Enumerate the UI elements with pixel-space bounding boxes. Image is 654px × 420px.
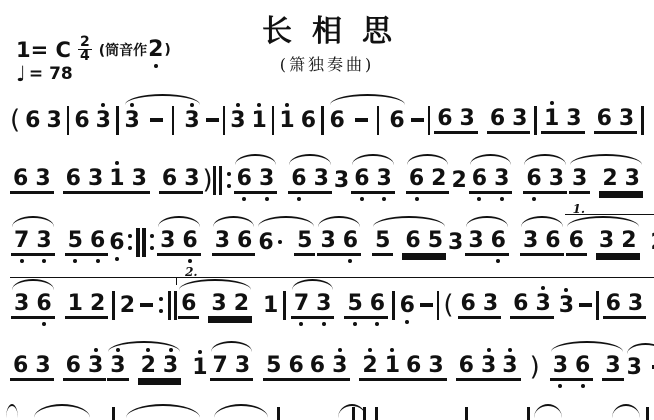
measure-group: 6322 [565,228,654,256]
note: 3 [214,228,231,253]
low-octave-dot [20,259,24,263]
note: 3 [258,166,275,191]
note: 3 [522,228,539,253]
slur-group: 3 [625,355,654,380]
measure-group: 1363 [106,166,202,194]
duration-dash [355,118,368,121]
note: 6 [108,230,125,255]
note: 2 [233,291,250,316]
low-octave-dot [42,259,46,263]
eighth-beam-group: 63 [456,353,500,381]
slur-group: 36 [10,291,56,319]
measure-group: 3231 [568,166,654,194]
eighth-beam-group: 63 [510,291,554,319]
note: 6 [300,108,317,133]
eighth-beam-group: 36 [157,228,201,256]
note: 3 [124,108,141,133]
note: 1 [384,353,401,378]
eighth-beam-group: 73 [11,228,55,256]
high-octave-dot [338,348,342,352]
repeat-start-sign [213,166,233,195]
low-octave-dot [299,322,303,326]
barline-fragment [352,407,355,420]
slur-group: 73 [10,228,56,256]
note: 3 [35,228,52,253]
low-octave-dot [96,259,100,263]
slur-group: 63 [287,166,333,194]
high-octave-dot [487,348,491,352]
measure-group: 36565 [316,228,447,256]
volta-bracket: 36122 [10,291,177,320]
slur-group: 65 [256,228,316,256]
note: 3 [626,355,643,380]
measure-group: 6362 [603,291,654,319]
barline-fragment [112,407,115,420]
measure-group: 3636 [464,228,564,256]
duration-dash [579,303,592,306]
high-octave-dot [550,101,554,105]
note: 3 [565,106,582,131]
eighth-beam-group: 63 [351,166,395,194]
note: 3 [109,353,126,378]
eighth-beam-group: 63 [603,291,647,319]
eighth-beam-group: 63 [159,166,203,194]
note: 3 [46,108,63,133]
slur-group: 632 [177,291,253,319]
sixteenth-beam-group: 23 [138,353,182,381]
note: 3 [447,230,464,255]
note: 5 [427,228,444,253]
low-octave-dot [477,197,481,201]
high-octave-dot [146,348,150,352]
high-octave-dot [116,348,120,352]
low-octave-dot [242,197,246,201]
note: 3 [229,108,246,133]
note: 6 [568,228,585,253]
barline [223,106,226,135]
note: 6 [309,353,326,378]
eighth-beam-group: 36 [465,228,509,256]
note: 3 [482,291,499,316]
eighth-beam-group: 36 [520,228,564,256]
note: 1 [251,108,268,133]
eighth-beam-group: 3 [499,353,520,381]
slur-group: 36 [519,228,565,256]
note: 3 [87,166,104,191]
note: 6 [544,228,561,253]
slur-group: 33 [123,106,202,135]
note: 3 [331,353,348,378]
eighth-beam-group: 36 [550,353,594,381]
measure-group: 7356 [10,228,108,256]
note: 3 [558,293,575,318]
jianpu-line-1: (63633331166663631363 [10,98,644,142]
sixteenth-beam-group: 65 [402,228,446,256]
barline [272,106,275,135]
note: 6 [73,108,90,133]
note: 3 [604,353,621,378]
note: 2 [450,168,467,193]
slur-group: 63 [468,166,514,194]
note: 6 [287,353,304,378]
thick-barline [219,166,223,195]
jianpu-line-4: 361222.632173566(6363363622 [10,283,644,327]
parenthesis: ( [443,292,453,319]
low-octave-dot [415,197,419,201]
eighth-beam-group: 13 [541,106,585,134]
slur-fragment [34,404,90,418]
jianpu-line-3: 7356636366536565336361.6322 [10,220,644,264]
measure-group: 6363 [458,291,554,319]
slur-group: 36 [464,228,510,256]
note: 3 [95,108,112,133]
note: 3 [87,353,104,378]
slur-group: 565 [371,228,447,256]
eighth-beam-group: 63 [63,353,107,381]
note: 3 [493,166,510,191]
fingering-instruction: (筒音作 2 ) [99,37,171,62]
high-octave-dot [101,103,105,107]
fingering-open-text: (筒音作 [99,40,147,60]
measure-group: 6363 [434,106,530,134]
thick-barline [213,166,217,195]
slur-fragment [612,404,640,418]
slur-fragment [214,404,268,418]
note: 3 [552,353,569,378]
barline [172,106,175,135]
note: 3 [618,106,635,131]
barline-fragment [465,407,468,420]
high-octave-dot [564,288,568,292]
note: 7 [212,353,229,378]
eighth-beam-group: 73 [210,353,254,381]
barline [116,106,119,135]
note: 6 [458,353,475,378]
measure-group: 6321 [177,291,279,319]
low-octave-dot [115,257,119,261]
measure-group: 1363 [541,106,637,134]
note: 6 [329,108,346,133]
low-octave-dot [405,320,409,324]
eighth-beam-group: 63 [487,106,531,134]
parenthesis: ) [530,354,540,381]
slur-group: 63 [233,166,279,194]
note: 6 [161,166,178,191]
measure-group: 6363 [10,353,106,381]
barline [321,106,324,135]
low-octave-dot [382,197,386,201]
barline [392,291,395,320]
low-octave-dot [42,322,46,326]
eighth-beam-group: 3 [107,353,128,381]
thick-barline [142,228,146,257]
barline [641,106,644,135]
eighth-beam-group: 12 [65,291,109,319]
note: 2 [430,166,447,191]
note: 3 [548,166,565,191]
note: 5 [346,291,363,316]
eighth-beam-group: 63 [307,353,351,381]
note: 3 [598,228,615,253]
eighth-beam-group: 63 [469,166,513,194]
measure-group: 6363 [233,166,333,194]
slur-fragment [126,404,200,418]
note: 6 [65,166,82,191]
sheet-music-page: 长相思 (箫独奏曲) 1= C 2 4 (筒音作 2 ) ♩ = 78 (636… [0,0,654,420]
high-octave-dot [190,103,194,107]
note: 6 [181,228,198,253]
note: 6 [388,108,405,133]
eighth-beam-group: 63 [434,106,478,134]
parenthesis: ) [203,167,213,194]
repeat-dots [227,172,231,188]
quarter-note-icon: ♩ [16,64,26,84]
high-octave-dot [508,348,512,352]
duration-dash [140,303,153,306]
low-octave-dot [353,322,357,326]
note: 3 [162,353,179,378]
duration-dash [420,303,433,306]
note: 3 [13,291,30,316]
low-octave-dot [322,322,326,326]
key-text: 1= C [16,38,71,62]
note: 6 [236,228,253,253]
note: 6 [369,291,386,316]
note: 5 [265,353,282,378]
slur-group: 363 [549,353,625,381]
tempo-marking: ♩ = 78 [16,64,73,84]
note: 5 [296,228,313,253]
note: 3 [313,166,330,191]
note: 6 [353,166,370,191]
low-octave-dot [496,259,500,263]
note: 3 [627,291,644,316]
eighth-beam-group: 36 [11,291,55,319]
note: 6 [596,106,613,131]
measure-group: 6321 [307,353,403,381]
note: 6 [404,228,421,253]
slur-group: 632 [565,228,641,256]
eighth-beam-group: 6 [566,228,587,256]
time-signature: 2 4 [78,36,92,63]
note: 3 [333,168,350,193]
low-octave-dot [265,197,269,201]
high-octave-dot [285,103,289,107]
barline-fragment [277,407,280,420]
note: 3 [427,353,444,378]
note: 6 [512,291,529,316]
repeat-dots [128,234,132,250]
note: 1 [278,108,295,133]
measure-group: 3)363 [499,353,624,381]
note: 6 [24,108,41,133]
low-octave-dot [375,322,379,326]
note: 3 [315,291,332,316]
note: 1 [108,166,125,191]
note: 6 [525,166,542,191]
eighth-beam-group: 6 [178,291,199,319]
barline [596,291,599,320]
dotted-note: 6 [257,230,285,255]
note: 6 [236,166,253,191]
high-octave-dot [169,348,173,352]
note: 6 [12,166,29,191]
fingering-close-text: ) [164,42,170,58]
low-octave-dot [532,197,536,201]
eighth-beam-group: 5 [294,228,315,256]
note: 3 [234,353,251,378]
note: 6 [436,106,453,131]
eighth-beam-group: 62 [406,166,450,194]
eighth-beam-group: 63 [63,166,107,194]
note: 6 [290,166,307,191]
measure-group: 3231 [106,353,208,381]
measure-group: 6363 [468,166,568,194]
note: 6 [605,291,622,316]
high-octave-dot [236,103,240,107]
eighth-beam-group: 3 [569,166,590,194]
repeat-dots [150,234,154,250]
note: 6 [489,106,506,131]
note: 2 [601,166,618,191]
high-octave-dot [368,348,372,352]
thick-barline [168,291,172,320]
eighth-beam-group: 56 [263,353,307,381]
barline-fragment [527,407,530,420]
note: 3 [183,166,200,191]
eighth-beam-group: 21 [359,353,403,381]
eighth-beam-group: 63 [458,291,502,319]
note: 6 [471,166,488,191]
high-octave-dot [541,286,545,290]
barline [377,106,380,135]
barline [428,106,431,135]
eighth-beam-group: 63 [523,166,567,194]
eighth-beam-group: 63 [234,166,278,194]
duration-dash [206,118,219,121]
eighth-beam-group: 5 [372,228,393,256]
slur-group: 73 [209,353,255,381]
volta-number: 2. [185,265,198,279]
sixteenth-beam-group: 32 [596,228,640,256]
note: 6 [12,353,29,378]
low-octave-dot [360,197,364,201]
repeat-end-sign [157,291,177,320]
note: 6 [65,353,82,378]
note: 3 [319,228,336,253]
repeat-dots [159,297,163,313]
eighth-beam-group: 63 [594,106,638,134]
note: 3 [376,166,393,191]
note: 3 [131,166,148,191]
note: 6 [89,228,106,253]
time-signature-denominator: 4 [80,50,90,63]
eighth-beam-group: 63 [288,166,332,194]
note: 1 [67,291,84,316]
note: 2 [650,230,654,255]
measure-group: 3612 [10,291,108,319]
slur-group: 36 [211,228,257,256]
measure-group: 7356 [209,353,307,381]
duration-dash [150,118,163,121]
eighth-beam-group: 3 [602,353,623,381]
low-octave-dot [297,197,301,201]
note: 7 [13,228,30,253]
fingering-note: 2 [147,37,164,62]
barline [534,106,537,135]
note: 3 [624,166,641,191]
note: 3 [467,228,484,253]
high-octave-dot [390,348,394,352]
slur-group: 36 [156,228,202,256]
augmentation-dot [278,240,283,245]
eighth-beam-group: 13 [106,166,150,194]
eighth-beam-group: 73 [291,291,335,319]
note: 6 [405,353,422,378]
duration-dash [411,118,424,121]
barline [67,106,70,135]
jianpu-line-5: 636332317356632163633)3633 [10,345,644,389]
slur-group: 323 [106,353,182,381]
eighth-beam-group: 36 [212,228,256,256]
slur-fragment [534,404,562,418]
low-octave-dot [73,259,77,263]
note: 6 [35,291,52,316]
note: 6 [408,166,425,191]
barline [283,291,286,320]
thick-barline [136,228,140,257]
clipped-next-line-fragment [0,398,654,420]
high-octave-dot [115,161,119,165]
note: 6 [399,293,416,318]
low-octave-dot [188,259,192,263]
slur-group: 63 [522,166,568,194]
note: 6 [342,228,359,253]
jianpu-line-2: 63631363)636336362263633231 [10,158,644,202]
note: 2 [620,228,637,253]
note: 6 [180,291,197,316]
barline [112,291,115,320]
low-octave-dot [500,197,504,201]
slur-fragment [6,404,18,418]
note: 3 [183,108,200,133]
volta-bracket: 2.632173566(6363363622 [177,291,654,320]
note: 3 [534,291,551,316]
note: 3 [159,228,176,253]
slur-group: 73 [290,291,336,319]
note: 6 [490,228,507,253]
note: 6 [460,291,477,316]
slur-group: 62 [405,166,451,194]
note: 3 [480,353,497,378]
note: 1 [191,355,208,380]
high-octave-dot [257,103,261,107]
note: 3 [459,106,476,131]
eighth-beam-group: 63 [10,353,54,381]
barline [437,291,440,320]
note: 2 [119,293,136,318]
note: 2 [140,353,157,378]
note: 3 [501,353,518,378]
tempo-value: = 78 [29,64,73,84]
high-octave-dot [198,350,202,354]
note: 3 [511,106,528,131]
measure-group: 7356 [290,291,388,319]
low-octave-dot [558,384,562,388]
key-signature: 1= C 2 4 (筒音作 2 ) [16,36,171,63]
slur-group: 63 [350,166,396,194]
measure-group: 3636 [156,228,256,256]
